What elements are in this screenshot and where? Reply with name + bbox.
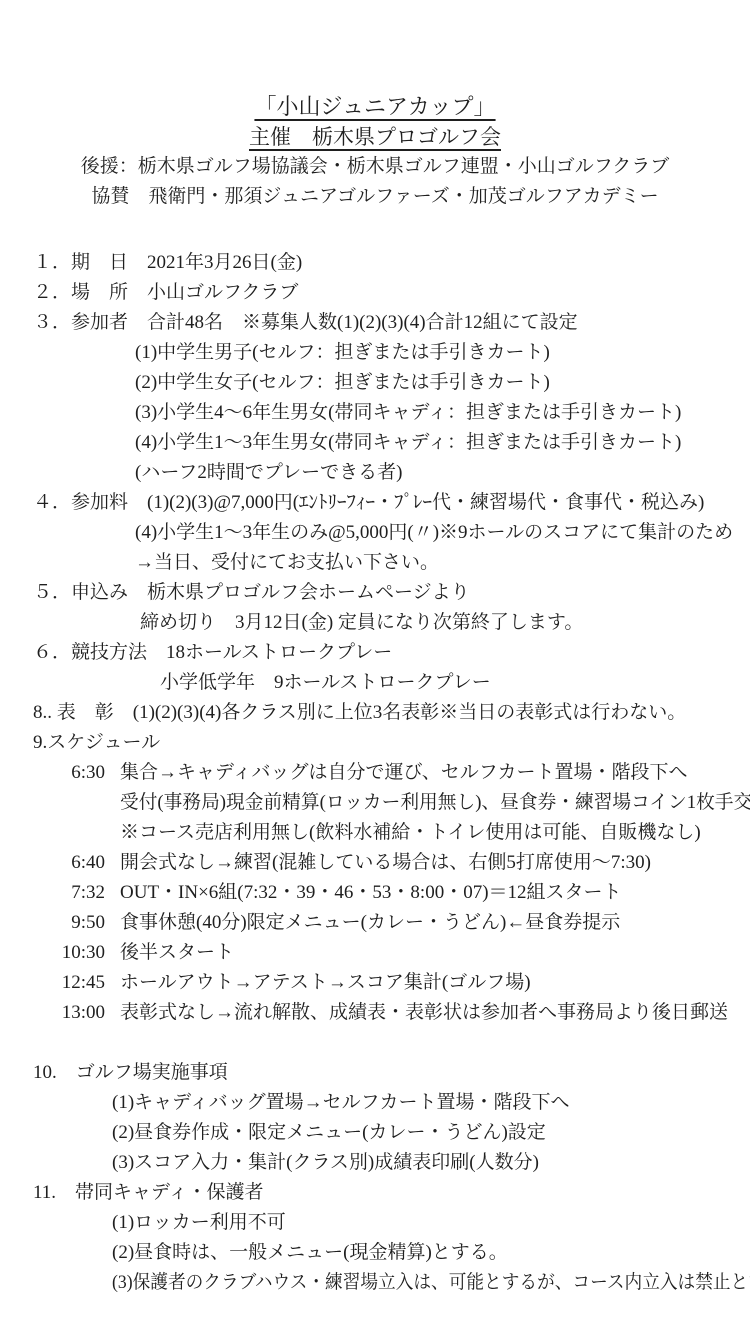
support-line: 後援：栃木県ゴルフ場協議会・栃木県ゴルフ連盟・小山ゴルフクラブ (0, 152, 750, 182)
caddie-item: (2)昼食時は、一般メニュー(現金精算)とする。 (0, 1238, 750, 1268)
schedule-time: 9:50 (35, 908, 105, 938)
format-junior: 小学低学年 9ホールストロークプレー (0, 668, 750, 698)
schedule-entry: 食事休憩(40分)限定メニュー(カレー・うどん)←昼食券提示 (120, 908, 620, 938)
schedule-entry: OUT・IN×6組(7:32・39・46・53・8:00・07)＝12組スタート (120, 878, 622, 908)
caddie-item: (3)保護者のクラブハウス・練習場立入は、可能とするが、コース内立入は禁止とする… (0, 1268, 750, 1298)
section-2-place: ２．場 所 小山ゴルフクラブ (0, 278, 750, 308)
participant-item: (4)小学生1～3年生男女(帯同キャディ：担ぎまたは手引きカート) (0, 428, 750, 458)
application-deadline: 締め切り 3月12日(金) 定員になり次第終了します。 (0, 608, 750, 638)
section-1-date: １．期 日 2021年3月26日(金) (0, 248, 750, 278)
schedule-row: 12:45 ホールアウト→アテスト→スコア集計(ゴルフ場) (0, 968, 750, 998)
schedule-entry: 集合→キャディバッグは自分で運び、セルフカート置場・階段下へ (120, 758, 688, 788)
course-ops-item: (3)スコア入力・集計(クラス別)成績表印刷(人数分) (0, 1148, 750, 1178)
caddie-item: (1)ロッカー利用不可 (0, 1208, 750, 1238)
schedule-time (35, 818, 105, 848)
schedule-row: ※コース売店利用無し(飲料水補給・トイレ使用は可能、自販機なし) (0, 818, 750, 848)
schedule-time: 6:30 (35, 758, 105, 788)
header-body-gap (0, 212, 750, 248)
schedule-row: 受付(事務局)現金前精算(ロッカー利用無し)、昼食券・練習場コイン1枚手交 (0, 788, 750, 818)
document-header: 「小山ジュニアカップ」 主催 栃木県プロゴルフ会 後援：栃木県ゴルフ場協議会・栃… (0, 92, 750, 212)
fee-payment-note: →当日、受付にてお支払い下さい。 (0, 548, 750, 578)
schedule-row: 9:50 食事休憩(40分)限定メニュー(カレー・うどん)←昼食券提示 (0, 908, 750, 938)
section-9-schedule: 9.スケジュール (0, 728, 750, 758)
schedule-entry: 後半スタート (120, 938, 234, 968)
section-10-course-operations: 10. ゴルフ場実施事項 (0, 1058, 750, 1088)
schedule-time: 12:45 (35, 968, 105, 998)
section-5-application: ５．申込み 栃木県プロゴルフ会ホームページより (0, 578, 750, 608)
schedule-row: 6:30 集合→キャディバッグは自分で運び、セルフカート置場・階段下へ (0, 758, 750, 788)
schedule-row: 10:30 後半スタート (0, 938, 750, 968)
fee-item: (4)小学生1～3年生のみ@5,000円(〃)※9ホールのスコアにて集計のため (0, 518, 750, 548)
section-11-caddie: 11. 帯同キャディ・保護者 (0, 1178, 750, 1208)
schedule-time (35, 788, 105, 818)
schedule-row: 13:00 表彰式なし→流れ解散、成績表・表彰状は参加者へ事務局より後日郵送 (0, 998, 750, 1028)
section-3-participants: ３．参加者 合計48名 ※募集人数(1)(2)(3)(4)合計12組にて設定 (0, 308, 750, 338)
course-ops-item: (2)昼食券作成・限定メニュー(カレー・うどん)設定 (0, 1118, 750, 1148)
schedule-time: 7:32 (35, 878, 105, 908)
title-line-wrap: 「小山ジュニアカップ」 (0, 92, 750, 122)
document-page: 「小山ジュニアカップ」 主催 栃木県プロゴルフ会 後援：栃木県ゴルフ場協議会・栃… (0, 0, 750, 1334)
schedule-entry: 表彰式なし→流れ解散、成績表・表彰状は参加者へ事務局より後日郵送 (120, 998, 728, 1028)
section-8-awards: 8.. 表 彰 (1)(2)(3)(4)各クラス別に上位3名表彰※当日の表彰式は… (0, 698, 750, 728)
section-4-fee: ４．参加料 (1)(2)(3)@7,000円(ｴﾝﾄﾘｰﾌｨｰ・ﾌﾟﾚｰ代・練習… (0, 488, 750, 518)
schedule-entry: ※コース売店利用無し(飲料水補給・トイレ使用は可能、自販機なし) (120, 818, 701, 848)
schedule-ops-gap (0, 1028, 750, 1058)
participant-item: (2)中学生女子(セルフ：担ぎまたは手引きカート) (0, 368, 750, 398)
participant-item: (3)小学生4～6年生男女(帯同キャディ：担ぎまたは手引きカート) (0, 398, 750, 428)
schedule-entry: 開会式なし→練習(混雑している場合は、右側5打席使用～7:30) (120, 848, 651, 878)
schedule-time: 13:00 (35, 998, 105, 1028)
caddie-item-text: (3)保護者のクラブハウス・練習場立入は、可能とするが、コース内立入は禁止とする… (112, 1268, 750, 1298)
schedule-time: 10:30 (35, 938, 105, 968)
schedule-row: 6:40 開会式なし→練習(混雑している場合は、右側5打席使用～7:30) (0, 848, 750, 878)
course-ops-item: (1)キャディバッグ置場→セルフカート置場・階段下へ (0, 1088, 750, 1118)
document-title: 「小山ジュニアカップ」 (254, 92, 495, 122)
schedule-entry: 受付(事務局)現金前精算(ロッカー利用無し)、昼食券・練習場コイン1枚手交 (120, 788, 750, 818)
organizer-line: 主催 栃木県プロゴルフ会 (249, 122, 501, 152)
section-6-format: ６．競技方法 18ホールストロークプレー (0, 638, 750, 668)
organizer-line-wrap: 主催 栃木県プロゴルフ会 (0, 122, 750, 152)
participant-item: (1)中学生男子(セルフ：担ぎまたは手引きカート) (0, 338, 750, 368)
participant-note: (ハーフ2時間でプレーできる者) (0, 458, 750, 488)
schedule-row: 7:32 OUT・IN×6組(7:32・39・46・53・8:00・07)＝12… (0, 878, 750, 908)
schedule-time: 6:40 (35, 848, 105, 878)
sponsor-line: 協賛 飛衛門・那須ジュニアゴルファーズ・加茂ゴルフアカデミー (0, 182, 750, 212)
schedule-entry: ホールアウト→アテスト→スコア集計(ゴルフ場) (120, 968, 531, 998)
